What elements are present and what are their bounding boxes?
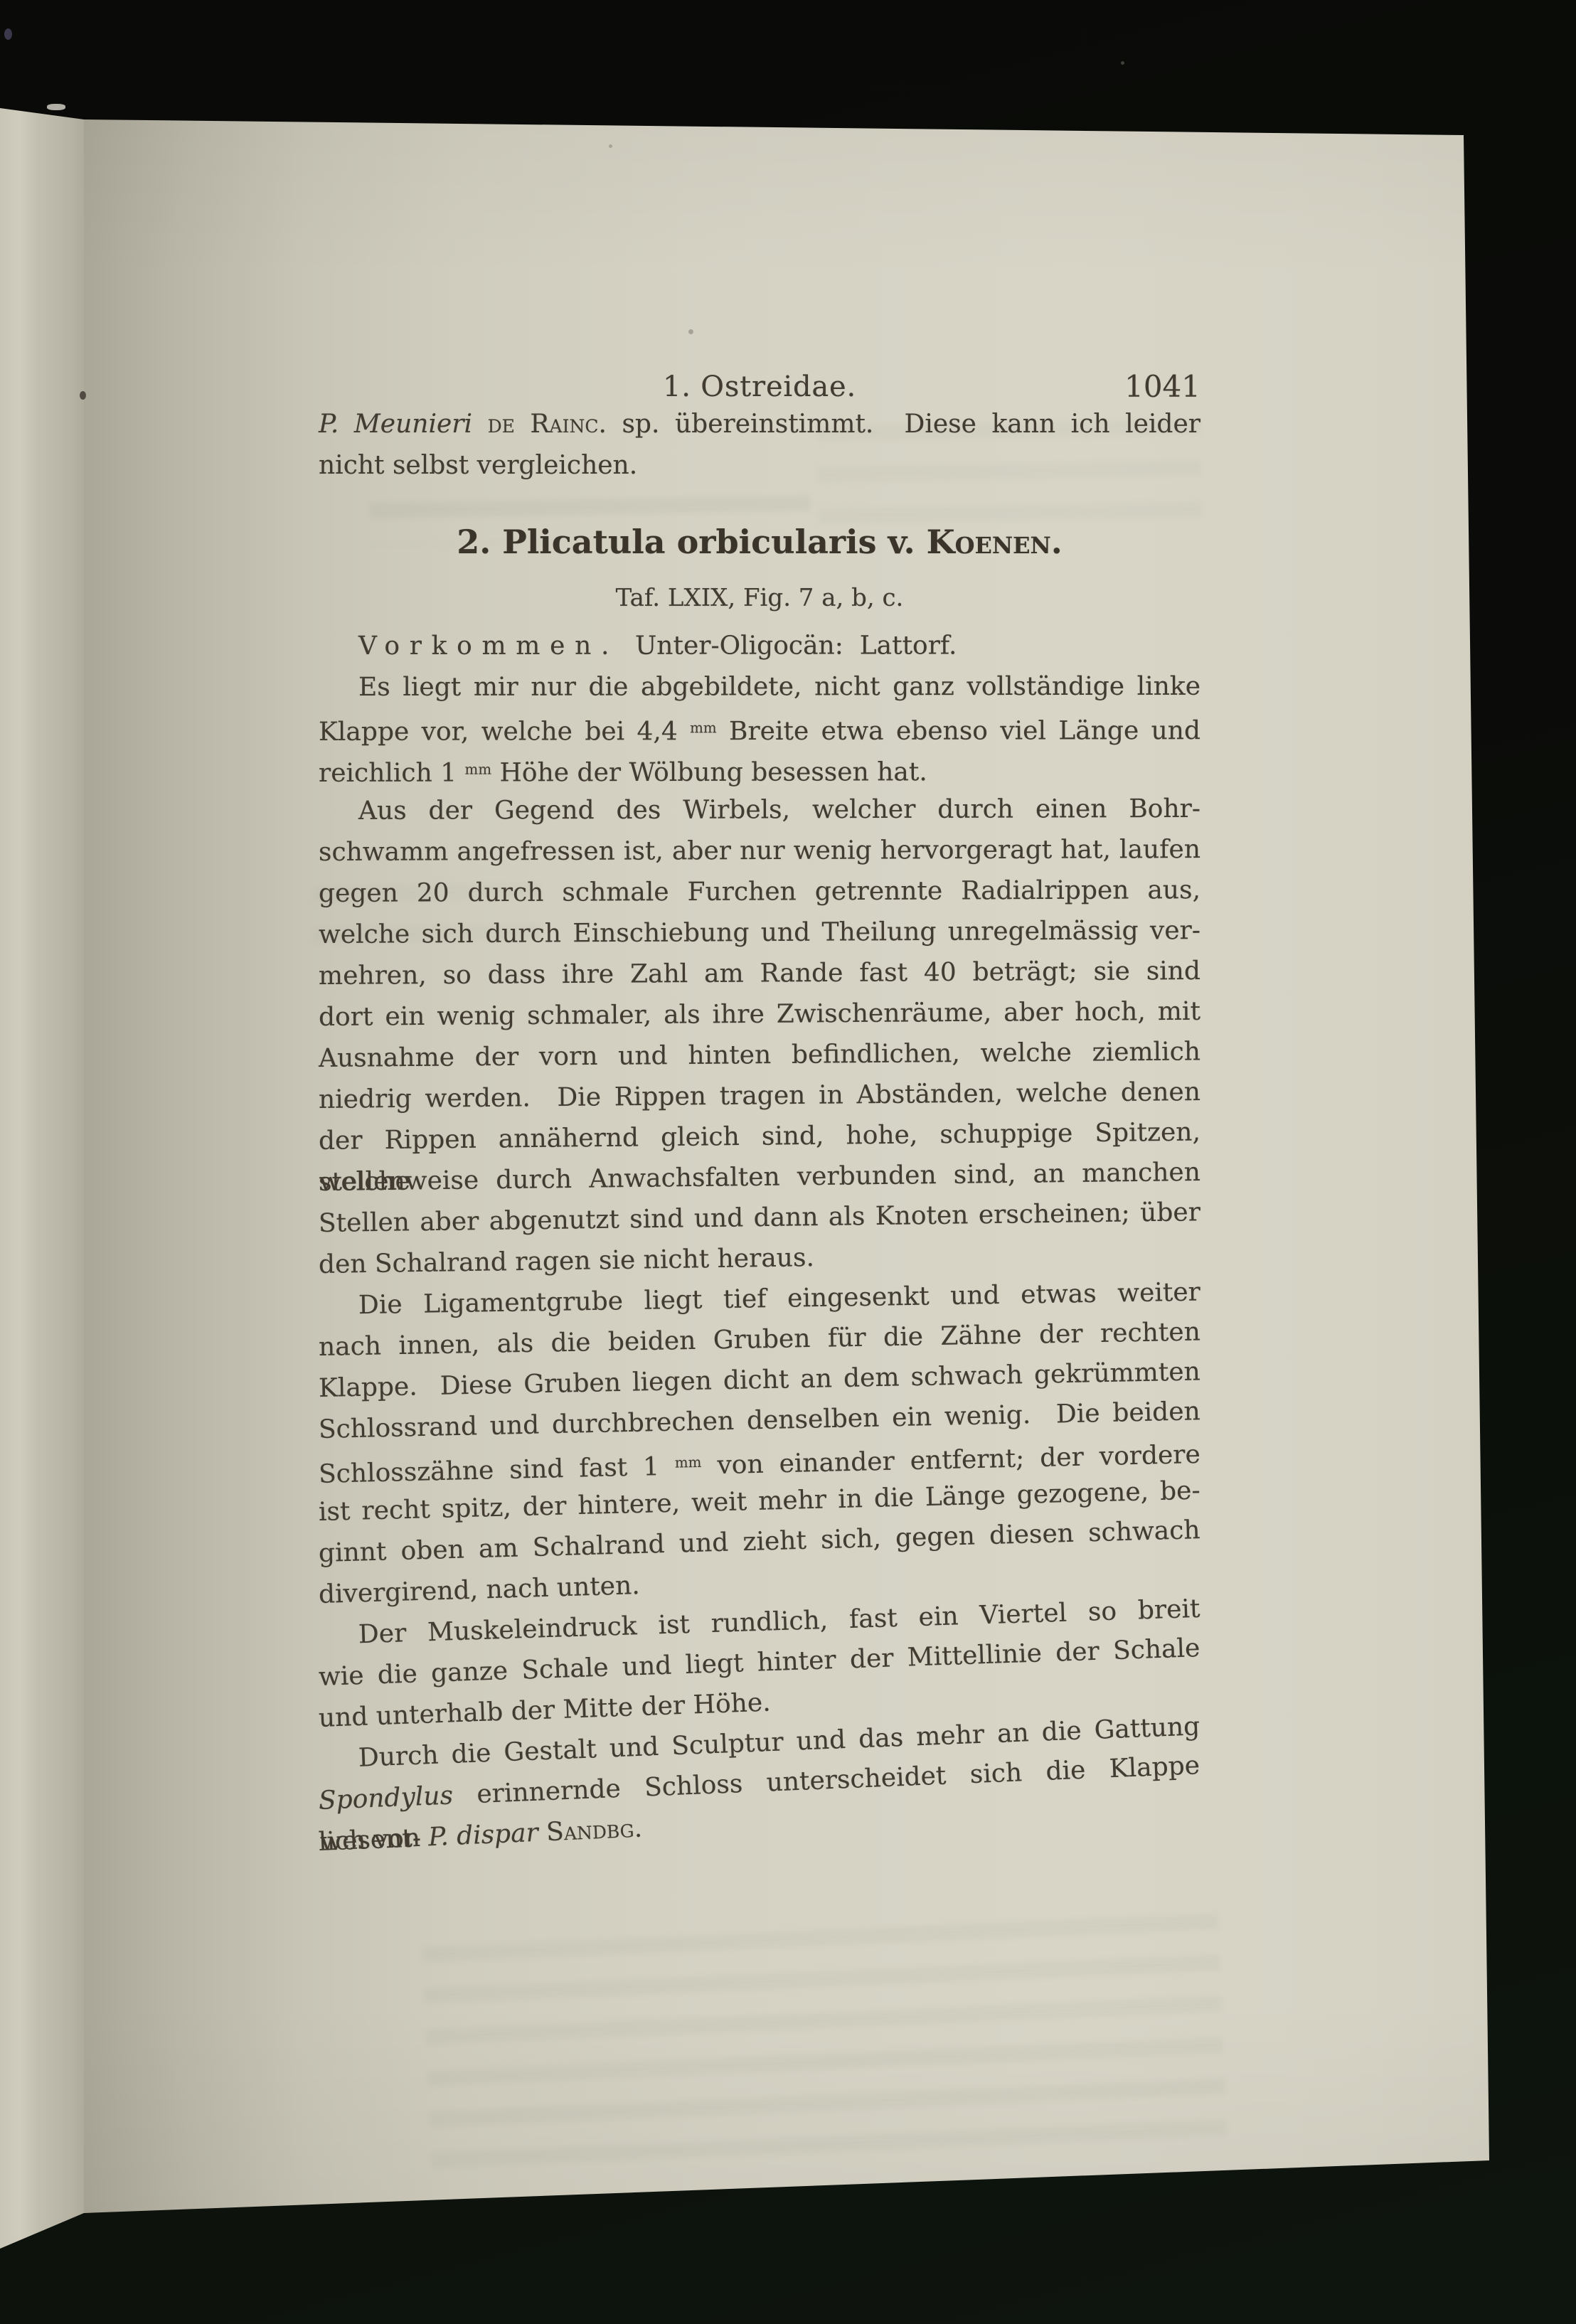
text-line: P. Meunieri de Rainc. sp. übereinstimmt.… bbox=[319, 404, 1200, 445]
text-line: 2. Plicatula orbicularis v. Koenen. bbox=[319, 519, 1200, 565]
text-line: dort ein wenig schmaler, als ihre Zwisch… bbox=[319, 991, 1200, 1038]
paragraph-comparison: Durch die Gestalt und Sculptur und das m… bbox=[319, 1739, 1200, 1863]
page-header: 1. Ostreidae. 1041 bbox=[319, 370, 1200, 404]
dust-speck bbox=[1121, 61, 1124, 65]
dust-speck bbox=[47, 104, 65, 110]
dust-speck bbox=[4, 28, 12, 40]
text-column: 1. Ostreidae. 1041 P. Meunieri de Rainc.… bbox=[319, 370, 1200, 1863]
text-line: Vorkommen. Unter-Oligocän: Lattorf. bbox=[319, 625, 1200, 667]
running-header: 1. Ostreidae. bbox=[663, 370, 856, 404]
paragraph-continuation: P. Meunieri de Rainc. sp. übereinstimmt.… bbox=[319, 404, 1200, 486]
species-heading: 2. Plicatula orbicularis v. Koenen. bbox=[319, 519, 1200, 565]
text-line: Klappe vor, welche bei 4,4 mm Breite etw… bbox=[319, 707, 1200, 750]
text-line: mehren, so dass ihre Zahl am Rande fast … bbox=[319, 951, 1200, 997]
plate-reference: Taf. LXIX, Fig. 7 a, b, c. bbox=[319, 580, 1200, 616]
text-line: Taf. LXIX, Fig. 7 a, b, c. bbox=[319, 580, 1200, 616]
text-line: reichlich 1 mm Höhe der Wölbung besessen… bbox=[319, 748, 1200, 791]
text-line: Es liegt mir nur die abgebildete, nicht … bbox=[319, 666, 1200, 708]
paragraph-sculpture: Aus der Gegend des Wirbels, welcher durc… bbox=[319, 791, 1200, 1286]
text-line: welche sich durch Einschiebung und Theil… bbox=[319, 910, 1200, 956]
page-number: 1041 bbox=[1124, 370, 1200, 404]
text-line: Aus der Gegend des Wirbels, welcher durc… bbox=[319, 789, 1200, 832]
paragraph-hinge: Die Ligamentgrube liegt tief eingesenkt … bbox=[319, 1286, 1200, 1616]
text-line: gegen 20 durch schmale Furchen getrennte… bbox=[319, 870, 1200, 915]
book-scan: { "scan": { "running_title": "1. Ostreid… bbox=[0, 0, 1576, 2324]
printed-text-area: 1. Ostreidae. 1041 P. Meunieri de Rainc.… bbox=[84, 119, 1464, 1863]
paragraph-description-size: Es liegt mir nur die abgebildete, nicht … bbox=[319, 667, 1200, 791]
text-line: schwamm angefressen ist, aber nur wenig … bbox=[319, 829, 1200, 873]
text-line: nicht selbst vergleichen. bbox=[319, 445, 1200, 486]
occurrence-line: Vorkommen. Unter-Oligocän: Lattorf. bbox=[319, 626, 1200, 667]
